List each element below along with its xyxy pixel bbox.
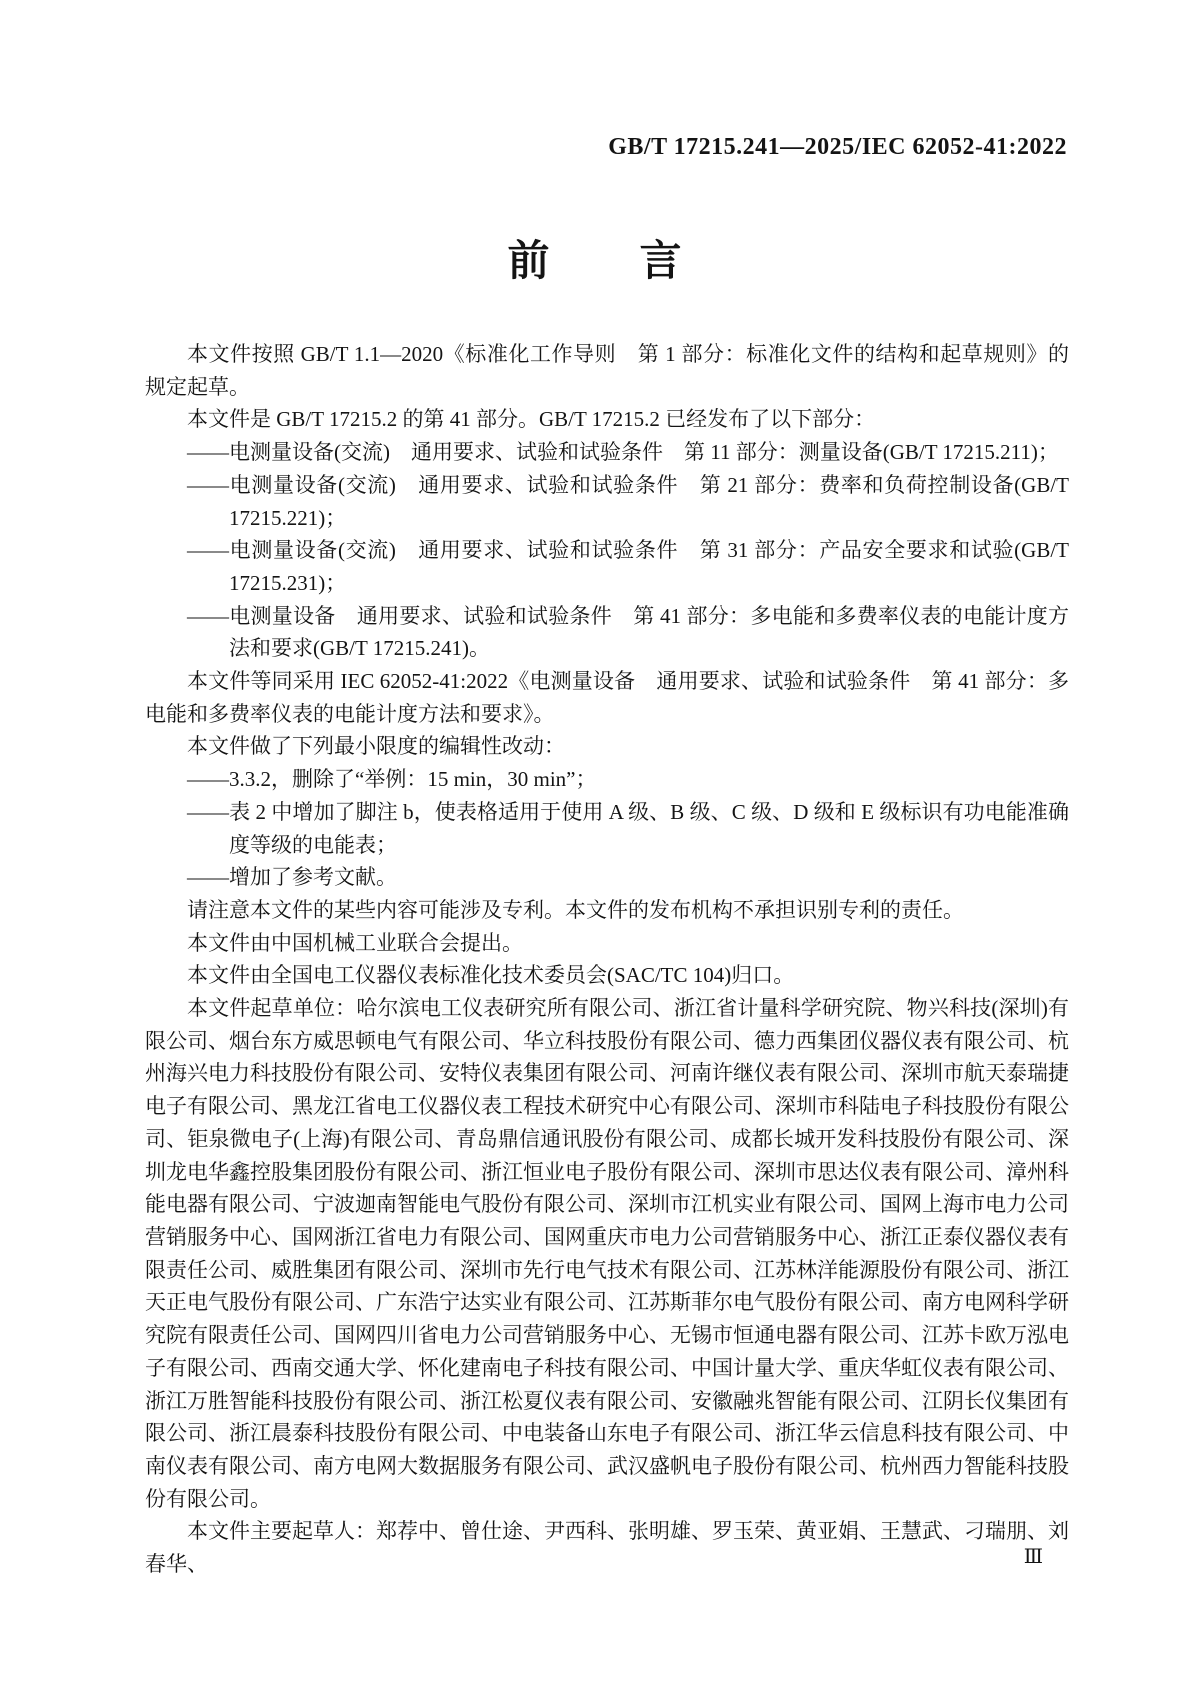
list-item: ——电测量设备(交流) 通用要求、试验和试验条件 第 11 部分：测量设备(GB… bbox=[145, 436, 1069, 469]
page-title: 前 言 bbox=[0, 228, 1191, 288]
paragraph: 本文件按照 GB/T 1.1—2020《标准化工作导则 第 1 部分：标准化文件… bbox=[145, 338, 1069, 403]
paragraph: 本文件是 GB/T 17215.2 的第 41 部分。GB/T 17215.2 … bbox=[145, 403, 1069, 436]
paragraph: 请注意本文件的某些内容可能涉及专利。本文件的发布机构不承担识别专利的责任。 bbox=[145, 894, 1069, 927]
list-item: ——表 2 中增加了脚注 b，使表格适用于使用 A 级、B 级、C 级、D 级和… bbox=[145, 796, 1069, 861]
page-number: Ⅲ bbox=[1024, 1544, 1043, 1569]
paragraph: 本文件主要起草人：郑荐中、曾仕途、尹西科、张明雄、罗玉荣、黄亚娟、王慧武、刁瑞朋… bbox=[145, 1515, 1069, 1580]
document-page: GB/T 17215.241—2025/IEC 62052-41:2022 前 … bbox=[0, 0, 1191, 1685]
list-item: ——电测量设备(交流) 通用要求、试验和试验条件 第 31 部分：产品安全要求和… bbox=[145, 534, 1069, 599]
paragraph: 本文件起草单位：哈尔滨电工仪表研究所有限公司、浙江省计量科学研究院、物兴科技(深… bbox=[145, 992, 1069, 1515]
list-item: ——电测量设备 通用要求、试验和试验条件 第 41 部分：多电能和多费率仪表的电… bbox=[145, 600, 1069, 665]
list-item: ——电测量设备(交流) 通用要求、试验和试验条件 第 21 部分：费率和负荷控制… bbox=[145, 469, 1069, 534]
paragraph: 本文件由全国电工仪器仪表标准化技术委员会(SAC/TC 104)归口。 bbox=[145, 959, 1069, 992]
paragraph: 本文件由中国机械工业联合会提出。 bbox=[145, 927, 1069, 960]
standard-number-header: GB/T 17215.241—2025/IEC 62052-41:2022 bbox=[608, 134, 1067, 161]
paragraph: 本文件等同采用 IEC 62052-41:2022《电测量设备 通用要求、试验和… bbox=[145, 665, 1069, 730]
list-item: ——增加了参考文献。 bbox=[145, 861, 1069, 894]
list-item: ——3.3.2，删除了“举例：15 min，30 min”； bbox=[145, 763, 1069, 796]
foreword-body: 本文件按照 GB/T 1.1—2020《标准化工作导则 第 1 部分：标准化文件… bbox=[145, 338, 1069, 1581]
paragraph: 本文件做了下列最小限度的编辑性改动： bbox=[145, 730, 1069, 763]
